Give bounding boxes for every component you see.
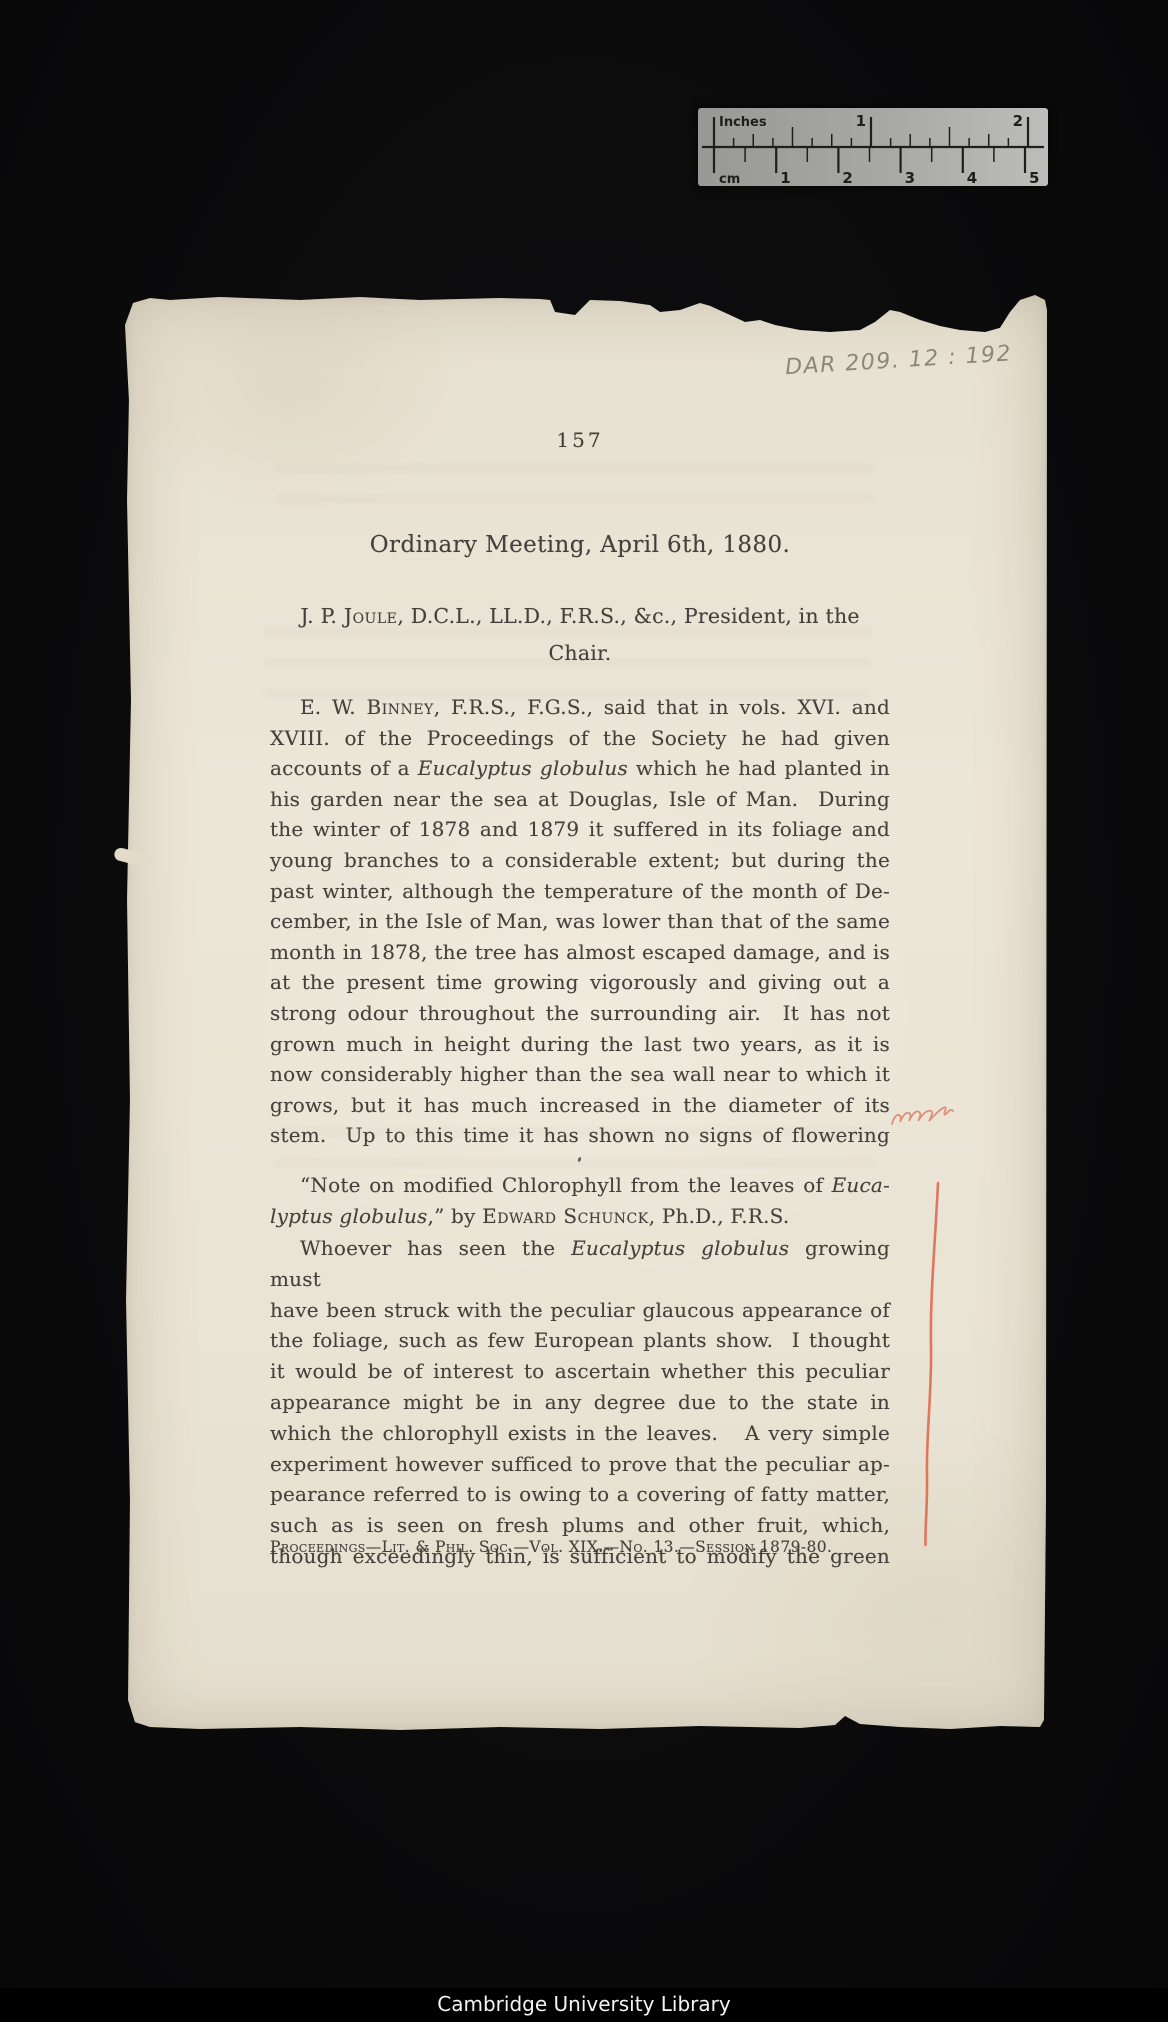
binney-paragraph: E. W. Binney, F.R.S., F.G.S., said that … — [270, 692, 890, 1151]
schunck-paragraph: Whoever has seen the Eucalyptus globulus… — [270, 1233, 890, 1572]
red-pencil-scribble — [886, 1090, 978, 1138]
svg-text:2: 2 — [1013, 112, 1023, 130]
document-page: DAR 209. 12 : 192 157 Ordinary Meeting, … — [125, 295, 1047, 1733]
svg-text:2: 2 — [842, 169, 852, 186]
chair-heading: J. P. Joule, D.C.L., LL.D., F.R.S., &c.,… — [270, 598, 890, 672]
ink-speck — [577, 1157, 582, 1163]
meeting-title: Ordinary Meeting, April 6th, 1880. — [270, 532, 890, 558]
svg-text:4: 4 — [967, 169, 977, 186]
note-heading: “Note on modified Chlorophyll from the l… — [270, 1170, 890, 1232]
svg-text:3: 3 — [905, 169, 915, 186]
measurement-ruler: Inches12cm12345 — [698, 108, 1048, 186]
scan-photo: Inches12cm12345 DAR 209. 12 : 192 157 Or… — [0, 0, 1168, 2022]
red-pencil-margin-line — [912, 1176, 956, 1556]
library-caption: Cambridge University Library — [0, 1988, 1168, 2020]
page-number: 157 — [270, 428, 890, 452]
caption-bar: Cambridge University Library — [0, 1988, 1168, 2022]
svg-text:1: 1 — [856, 112, 866, 130]
svg-text:Inches: Inches — [719, 115, 767, 130]
archive-reference-annotation: DAR 209. 12 : 192 — [784, 339, 1055, 380]
proceedings-footer: Proceedings—Lit. & Phil. Soc.—Vol. XIX.—… — [270, 1538, 890, 1556]
svg-text:5: 5 — [1029, 169, 1039, 186]
svg-text:cm: cm — [719, 172, 740, 186]
showthrough-texture — [275, 463, 875, 521]
svg-text:1: 1 — [780, 169, 790, 186]
